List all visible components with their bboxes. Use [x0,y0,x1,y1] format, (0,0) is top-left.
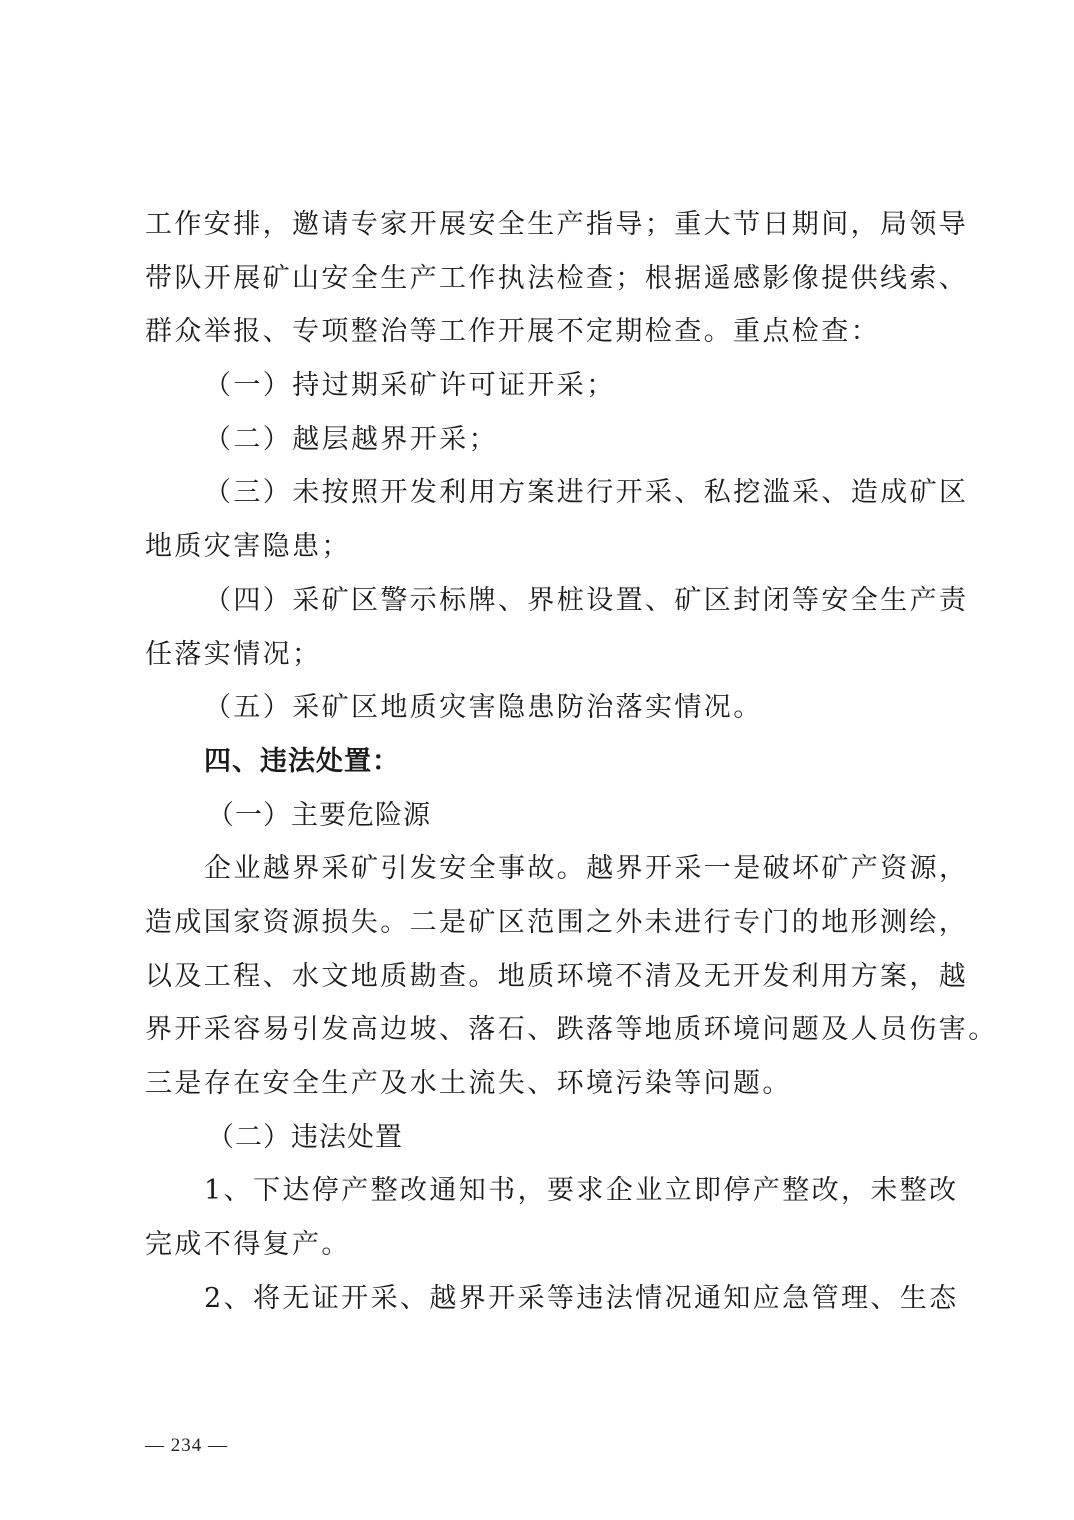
document-page: 工作安排，邀请专家开展安全生产指导；重大节日期间，局领导 带队开展矿山安全生产工… [145,198,945,1325]
page-number: — 234 — [145,1435,228,1457]
paragraph-line: 以及工程、水文地质勘查。地质环境不清及无开发利用方案，越 [145,950,945,1004]
subsection-title-hazards: （一）主要危险源 [145,789,945,843]
paragraph-line: 1、下达停产整改通知书，要求企业立即停产整改，未整改 [145,1164,945,1218]
paragraph-line: 2、将无证开采、越界开采等违法情况通知应急管理、生态 [145,1272,945,1326]
paragraph-line: 界开采容易引发高边坡、落石、跌落等地质环境问题及人员伤害。 [145,1003,945,1057]
paragraph-line: 群众举报、专项整治等工作开展不定期检查。重点检查： [145,305,945,359]
section-heading: 四、违法处置： [145,735,945,789]
paragraph-line: 带队开展矿山安全生产工作执法检查；根据遥感影像提供线索、 [145,252,945,306]
list-item-5: （五）采矿区地质灾害隐患防治落实情况。 [145,681,945,735]
list-item-4-continued: 任落实情况； [145,628,945,682]
paragraph-line: 造成国家资源损失。二是矿区范围之外未进行专门的地形测绘， [145,896,945,950]
list-item-3-continued: 地质灾害隐患； [145,520,945,574]
list-item-1: （一）持过期采矿许可证开采； [145,359,945,413]
list-item-3: （三）未按照开发利用方案进行开采、私挖滥采、造成矿区 [145,466,945,520]
paragraph-line: 完成不得复产。 [145,1218,945,1272]
list-item-4: （四）采矿区警示标牌、界桩设置、矿区封闭等安全生产责 [145,574,945,628]
subsection-title-handling: （二）违法处置 [145,1111,945,1165]
paragraph-line: 企业越界采矿引发安全事故。越界开采一是破坏矿产资源， [145,842,945,896]
paragraph-line: 工作安排，邀请专家开展安全生产指导；重大节日期间，局领导 [145,198,945,252]
paragraph-line: 三是存在安全生产及水土流失、环境污染等问题。 [145,1057,945,1111]
list-item-2: （二）越层越界开采； [145,413,945,467]
